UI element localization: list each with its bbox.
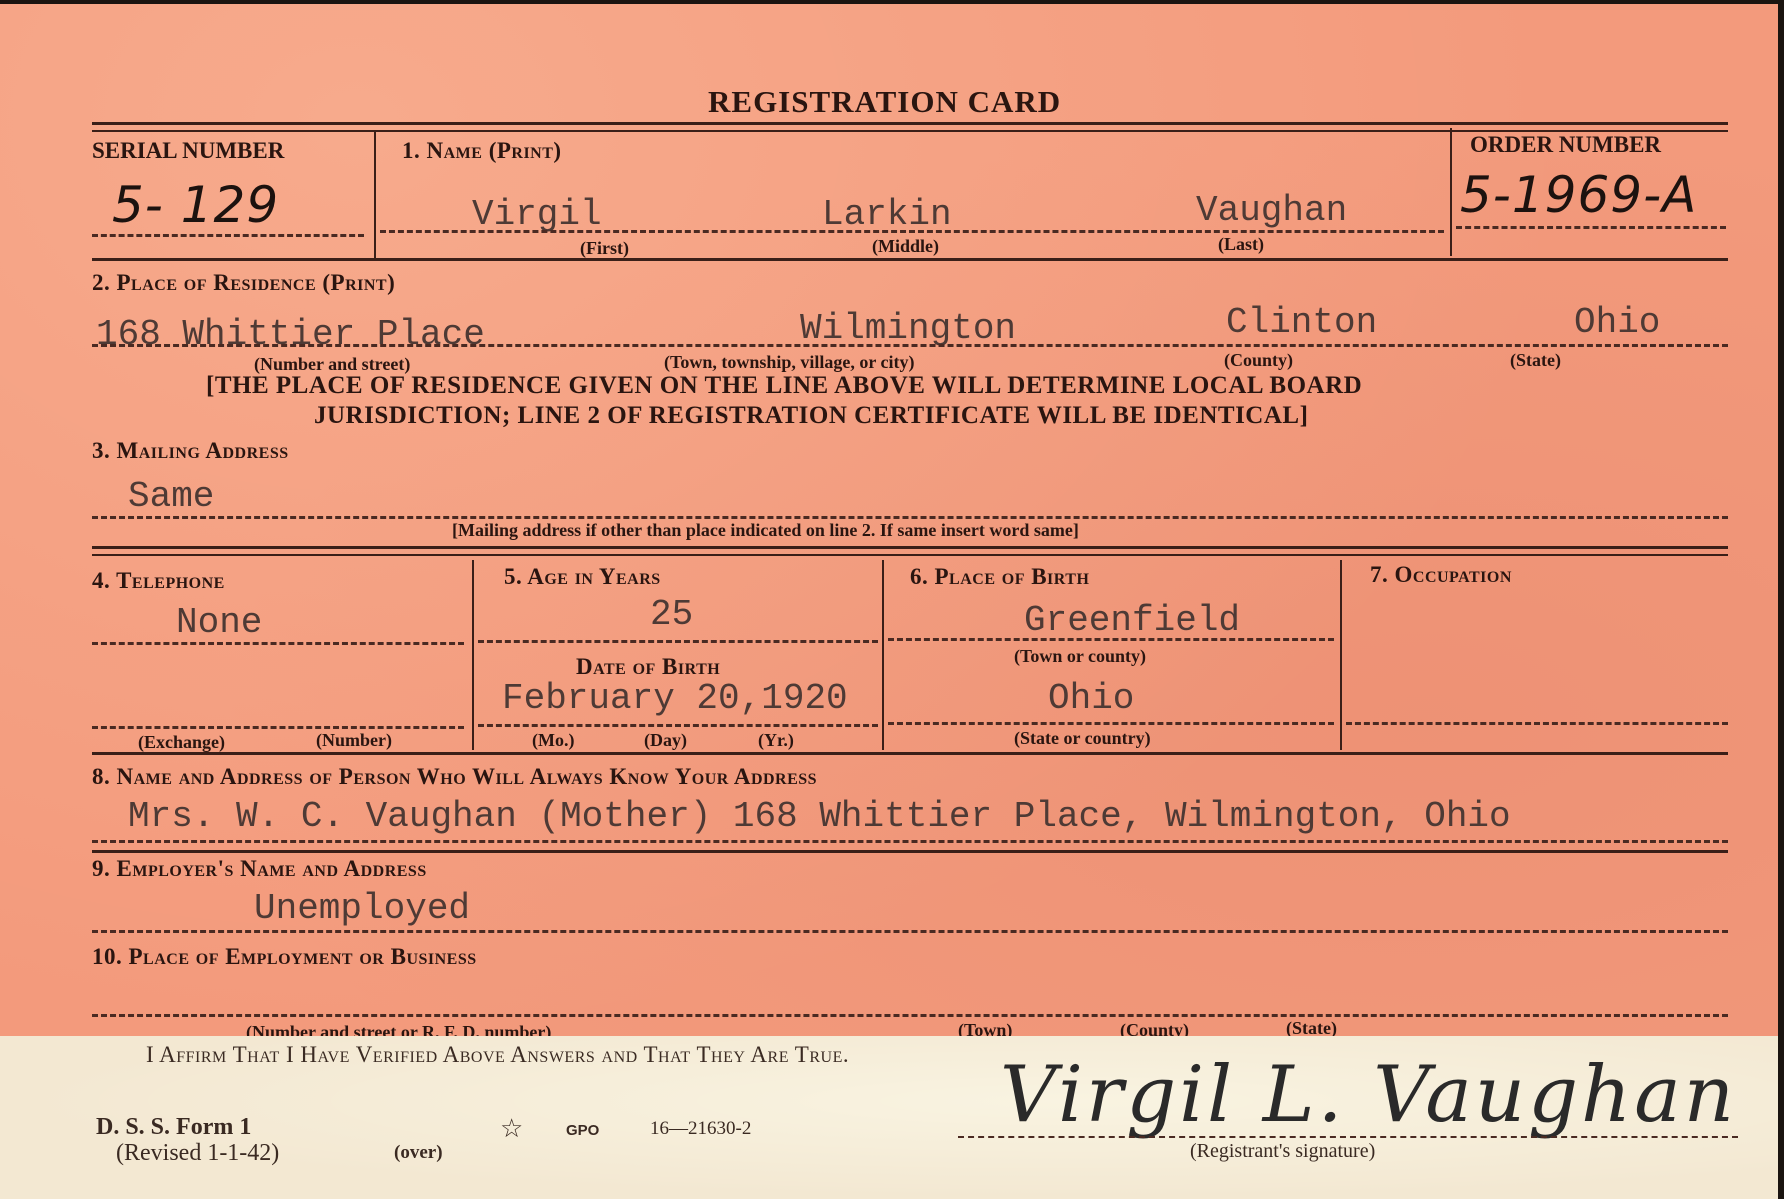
- registration-card: REGISTRATION CARD SERIAL NUMBER 5- 129 1…: [0, 4, 1778, 1199]
- dob-value: February 20,1920: [502, 678, 848, 719]
- form-over: (over): [394, 1142, 443, 1164]
- telephone-value: None: [176, 602, 262, 643]
- name-last: Vaughan: [1196, 190, 1347, 231]
- name-line: [380, 230, 1444, 233]
- name-last-caption: (Last): [1218, 234, 1264, 255]
- serial-number-line: [92, 234, 364, 237]
- mailing-caption: [Mailing address if other than place ind…: [452, 520, 1079, 541]
- age-label: 5. Age in Years: [504, 564, 661, 590]
- residence-state: Ohio: [1574, 302, 1660, 343]
- dob-label: Date of Birth: [576, 654, 720, 680]
- employer-value: Unemployed: [254, 888, 470, 929]
- row3-rule: [92, 546, 1728, 549]
- residence-county-caption: (County): [1224, 350, 1293, 371]
- mailing-line: [92, 516, 1728, 519]
- row3-rule-inner: [92, 554, 1728, 556]
- signature-line: [958, 1136, 1738, 1138]
- registrant-signature: Virgil L. Vaughan: [1000, 1050, 1737, 1140]
- residence-town-caption: (Town, township, village, or city): [664, 352, 915, 373]
- age-value: 25: [650, 594, 693, 635]
- telephone-label: 4. Telephone: [92, 568, 225, 594]
- employer-label: 9. Employer's Name and Address: [92, 856, 427, 882]
- name-label: 1. Name (Print): [402, 138, 562, 164]
- gpo-label: GPO: [566, 1122, 599, 1139]
- name-first: Virgil: [472, 194, 602, 235]
- birthplace-state: Ohio: [1048, 678, 1134, 719]
- mailing-label: 3. Mailing Address: [92, 438, 289, 464]
- order-number-line: [1456, 226, 1726, 229]
- row8-rule: [92, 850, 1728, 853]
- contact-line: [92, 840, 1728, 843]
- order-number-label: ORDER NUMBER: [1470, 132, 1661, 158]
- card-title: REGISTRATION CARD: [708, 84, 1061, 120]
- birthplace-town-line: [888, 638, 1334, 641]
- birthplace-town: Greenfield: [1024, 600, 1240, 641]
- telephone-number-caption: (Number): [316, 730, 392, 751]
- dob-mo-caption: (Mo.): [532, 730, 574, 751]
- name-first-caption: (First): [580, 238, 629, 259]
- residence-notice-line1: [THE PLACE OF RESIDENCE GIVEN ON THE LIN…: [206, 372, 1362, 400]
- star-icon: ☆: [500, 1114, 523, 1144]
- form-revised: (Revised 1-1-42): [116, 1140, 279, 1167]
- name-middle: Larkin: [822, 194, 952, 235]
- dob-yr-caption: (Yr.): [758, 730, 794, 751]
- order-divider: [1450, 128, 1452, 256]
- order-number-value: 5-1969-A: [1460, 166, 1697, 224]
- age-divider: [882, 560, 884, 750]
- top-rule: [92, 122, 1728, 125]
- residence-street: 168 Whittier Place: [96, 314, 485, 355]
- telephone-divider: [472, 560, 474, 750]
- serial-divider: [374, 132, 376, 260]
- occupation-line: [1346, 722, 1728, 725]
- residence-label: 2. Place of Residence (Print): [92, 270, 395, 296]
- gpo-number: 16—21630-2: [650, 1118, 751, 1140]
- contact-value: Mrs. W. C. Vaughan (Mother) 168 Whittier…: [128, 796, 1511, 837]
- serial-number-label: SERIAL NUMBER: [92, 138, 284, 164]
- occupation-label: 7. Occupation: [1370, 562, 1512, 588]
- residence-town: Wilmington: [800, 308, 1016, 349]
- row4-rule: [92, 752, 1728, 755]
- age-line: [478, 640, 878, 643]
- birthplace-town-caption: (Town or county): [1014, 646, 1146, 667]
- birthplace-label: 6. Place of Birth: [910, 564, 1089, 590]
- telephone-line1: [92, 642, 464, 645]
- form-number: D. S. S. Form 1: [96, 1114, 251, 1141]
- birthplace-state-line: [888, 722, 1334, 725]
- residence-county: Clinton: [1226, 302, 1377, 343]
- residence-line: [92, 344, 1728, 347]
- employment-place-line: [92, 1014, 1728, 1017]
- telephone-exchange-caption: (Exchange): [138, 732, 225, 753]
- name-middle-caption: (Middle): [872, 236, 939, 257]
- birthplace-divider: [1340, 560, 1342, 750]
- affirmation-stub: I Affirm That I Have Verified Above Answ…: [0, 1036, 1778, 1199]
- residence-state-caption: (State): [1510, 350, 1561, 371]
- affirmation-text: I Affirm That I Have Verified Above Answ…: [146, 1042, 849, 1068]
- employer-line: [92, 930, 1728, 933]
- mailing-value: Same: [128, 476, 214, 517]
- contact-label: 8. Name and Address of Person Who Will A…: [92, 764, 817, 790]
- residence-notice-line2: JURISDICTION; LINE 2 OF REGISTRATION CER…: [314, 402, 1308, 430]
- serial-number-value: 5- 129: [112, 176, 279, 234]
- employment-place-label: 10. Place of Employment or Business: [92, 944, 477, 970]
- dob-day-caption: (Day): [644, 730, 687, 751]
- telephone-line2: [92, 726, 464, 729]
- dob-line: [478, 724, 878, 727]
- signature-caption: (Registrant's signature): [1190, 1140, 1375, 1163]
- birthplace-state-caption: (State or country): [1014, 728, 1151, 749]
- row1-rule: [92, 258, 1728, 261]
